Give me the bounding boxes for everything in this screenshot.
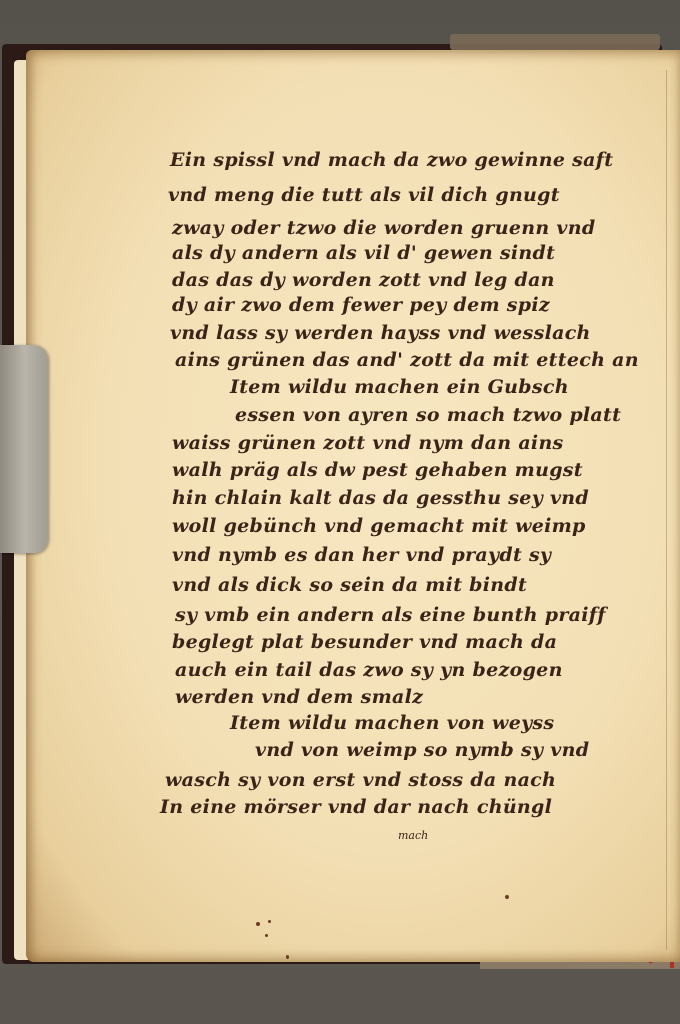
text-line: zway oder tzwo die worden gruenn vnd: [172, 218, 595, 238]
text-line: essen von ayren so mach tzwo platt: [235, 405, 621, 425]
text-line: hin chlain kalt das da gessthu sey vnd: [172, 488, 589, 508]
text-line: beglegt plat besunder vnd mach da: [172, 632, 557, 652]
text-line: vnd nymb es dan her vnd praydt sy: [172, 545, 551, 565]
ink-stain: [256, 922, 260, 926]
text-line: vnd lass sy werden hayss vnd wesslach: [170, 323, 591, 343]
ink-stain: [268, 920, 271, 923]
text-line: vnd meng die tutt als vil dich gnugt: [168, 185, 560, 205]
text-line: In eine mörser vnd dar nach chüngl: [160, 797, 552, 817]
text-line: ains grünen das and' zott da mit ettech …: [175, 350, 639, 370]
text-line: woll gebünch vnd gemacht mit weimp: [172, 516, 586, 536]
heading-line: Item wildu machen ein Gubsch: [230, 377, 569, 397]
text-line: Ein spissl vnd mach da zwo gewinne saft: [170, 150, 613, 170]
ink-stain: [505, 895, 509, 899]
text-line: walh präg als dw pest gehaben mugst: [172, 460, 583, 480]
text-line: sy vmb ein andern als eine bunth praiff: [175, 605, 606, 625]
text-line: werden vnd dem smalz: [175, 687, 423, 707]
ruling-line: [666, 70, 667, 950]
text-line: waiss grünen zott vnd nym dan ains: [172, 433, 564, 453]
text-line: dy air zwo dem fewer pey dem spiz: [172, 295, 550, 315]
heading-line: Item wildu machen von weyss: [230, 713, 554, 733]
text-line: vnd von weimp so nymb sy vnd: [255, 740, 589, 760]
text-line: als dy andern als vil d' gewen sindt: [172, 243, 555, 263]
ink-stain: [265, 934, 268, 937]
cover-leather-strip-top: [450, 34, 660, 50]
text-line: auch ein tail das zwo sy yn bezogen: [175, 660, 563, 680]
text-line: vnd als dick so sein da mit bindt: [172, 575, 527, 595]
ink-stain: [286, 955, 289, 959]
clasp-strap: [0, 345, 48, 553]
interlinear-gloss: mach: [398, 829, 428, 842]
text-line: das das dy worden zott vnd leg dan: [172, 270, 555, 290]
text-line: wasch sy von erst vnd stoss da nach: [165, 770, 556, 790]
